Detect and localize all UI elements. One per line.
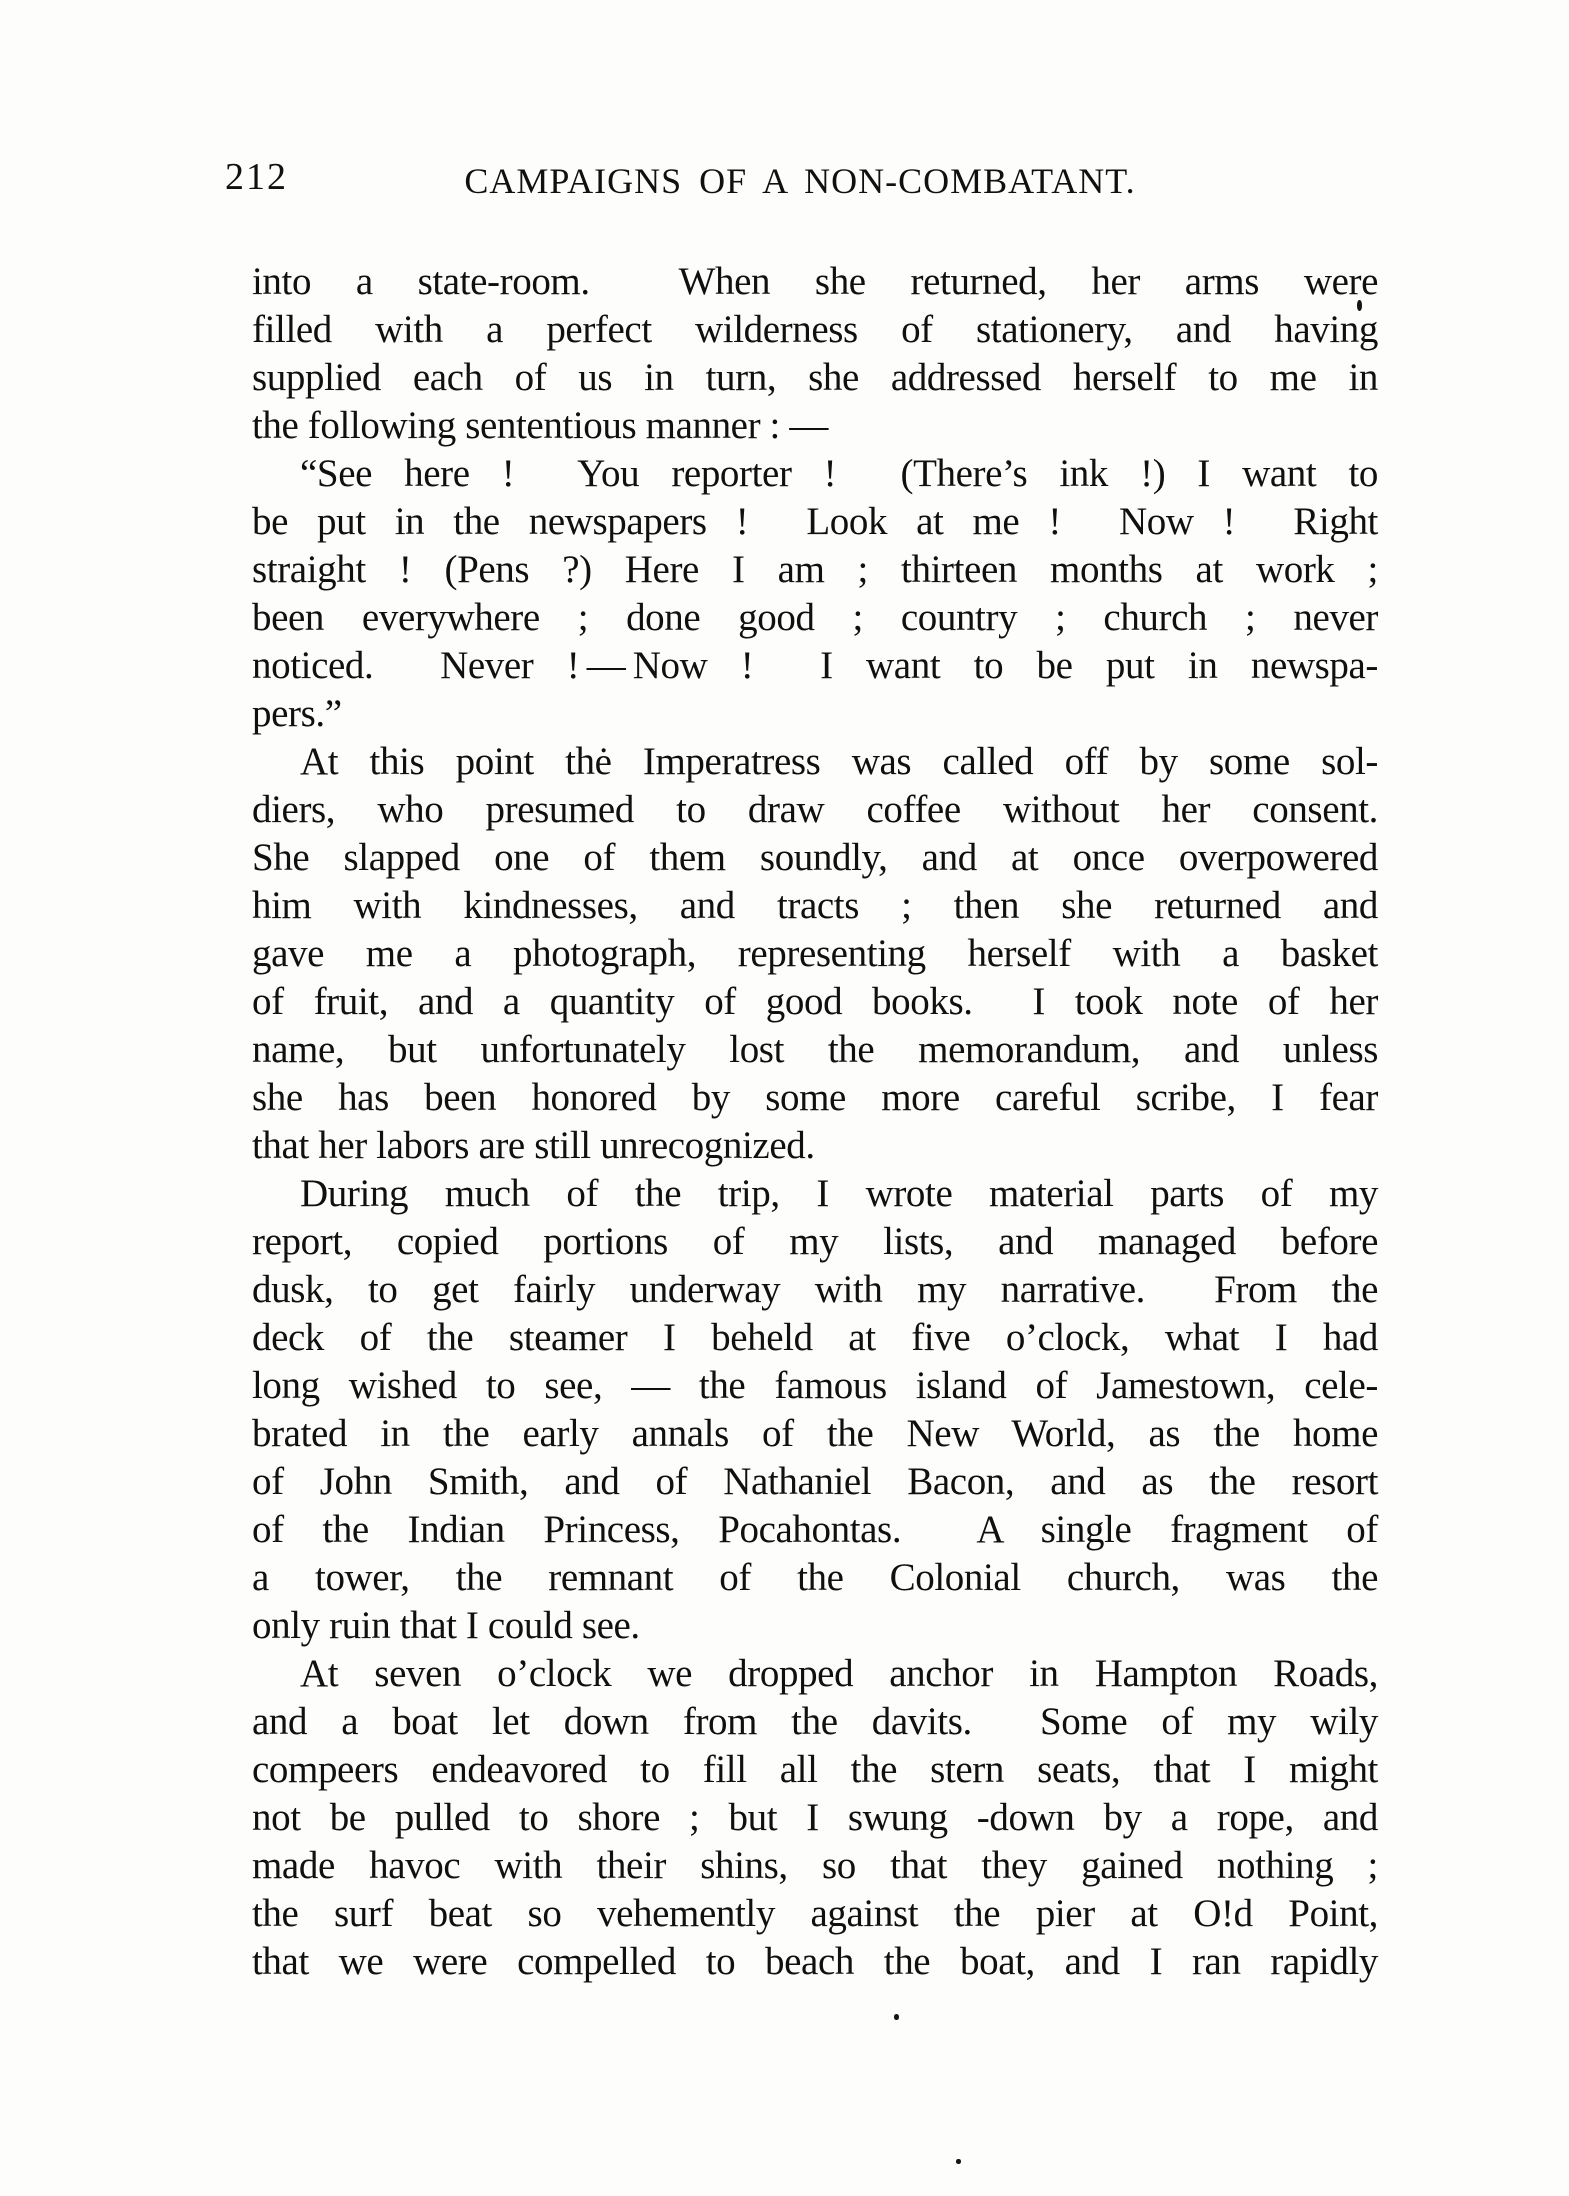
text-line: At seven o’clock we dropped anchor in Ha… <box>252 1650 1378 1698</box>
text-line: gave me a photograph, representing herse… <box>252 930 1378 978</box>
text-line: the following sententious manner : — <box>252 402 1378 450</box>
paragraph: At this point thė Imperatress was called… <box>252 738 1378 1170</box>
text-line: supplied each of us in turn, she address… <box>252 354 1378 402</box>
text-line: into a state-room. When she returned, he… <box>252 258 1378 306</box>
text-line: At this point thė Imperatress was called… <box>252 738 1378 786</box>
text-line: of John Smith, and of Nathaniel Bacon, a… <box>252 1458 1378 1506</box>
text-line: that her labors are still unrecognized. <box>252 1122 1378 1170</box>
text-line: brated in the early annals of the New Wo… <box>252 1410 1378 1458</box>
paragraph: into a state-room. When she returned, he… <box>252 258 1378 450</box>
text-line: She slapped one of them soundly, and at … <box>252 834 1378 882</box>
running-title-wrap: CAMPAIGNS OF A NON-COMBATANT. <box>240 160 1360 202</box>
book-page: 212 CAMPAIGNS OF A NON-COMBATANT. into a… <box>0 0 1569 2196</box>
text-line: straight ! (Pens ?) Here I am ; thirteen… <box>252 546 1378 594</box>
text-line: be put in the newspapers ! Look at me ! … <box>252 498 1378 546</box>
text-line: deck of the steamer I beheld at five o’c… <box>252 1314 1378 1362</box>
text-line: of the Indian Princess, Pocahontas. A si… <box>252 1506 1378 1554</box>
text-line: the surf beat so vehemently against the … <box>252 1890 1378 1938</box>
text-line: During much of the trip, I wrote materia… <box>252 1170 1378 1218</box>
text-line: she has been honored by some more carefu… <box>252 1074 1378 1122</box>
text-line: only ruin that I could see. <box>252 1602 1378 1650</box>
paragraph: At seven o’clock we dropped anchor in Ha… <box>252 1650 1378 1986</box>
text-line: report, copied portions of my lists, and… <box>252 1218 1378 1266</box>
text-line: not be pulled to shore ; but I swung -do… <box>252 1794 1378 1842</box>
running-title: CAMPAIGNS OF A NON-COMBATANT. <box>464 161 1135 201</box>
page-body: into a state-room. When she returned, he… <box>252 258 1378 1986</box>
paragraph: “See here ! You reporter ! (There’s ink … <box>252 450 1378 738</box>
text-line: been everywhere ; done good ; country ; … <box>252 594 1378 642</box>
text-line: a tower, the remnant of the Colonial chu… <box>252 1554 1378 1602</box>
text-line: that we were compelled to beach the boat… <box>252 1938 1378 1986</box>
text-line: and a boat let down from the davits. Som… <box>252 1698 1378 1746</box>
paragraph: During much of the trip, I wrote materia… <box>252 1170 1378 1650</box>
text-line: noticed. Never ! — Now ! I want to be pu… <box>252 642 1378 690</box>
text-line: “See here ! You reporter ! (There’s ink … <box>252 450 1378 498</box>
text-line: name, but unfortunately lost the memoran… <box>252 1026 1378 1074</box>
text-line: compeers endeavored to fill all the ster… <box>252 1746 1378 1794</box>
text-line: of fruit, and a quantity of good books. … <box>252 978 1378 1026</box>
text-line: pers.” <box>252 690 1378 738</box>
text-line: long wished to see, — the famous island … <box>252 1362 1378 1410</box>
text-line: dusk, to get fairly underway with my nar… <box>252 1266 1378 1314</box>
ink-speck <box>956 2159 961 2164</box>
text-line: made havoc with their shins, so that the… <box>252 1842 1378 1890</box>
text-line: diers, who presumed to draw coffee witho… <box>252 786 1378 834</box>
text-line: him with kindnesses, and tracts ; then s… <box>252 882 1378 930</box>
text-line: filled with a perfect wilderness of stat… <box>252 306 1378 354</box>
ink-speck <box>894 2014 899 2020</box>
page-header: 212 CAMPAIGNS OF A NON-COMBATANT. <box>0 0 1569 230</box>
ink-speck <box>1357 300 1362 311</box>
